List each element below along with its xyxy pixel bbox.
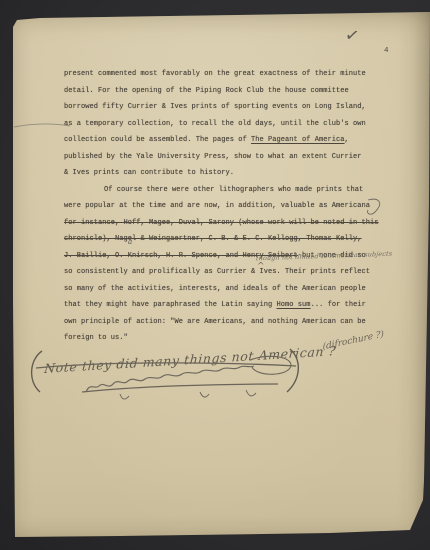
typed-line-struck: for instance, Hoff, Magee, Duval, Sarony…: [64, 215, 380, 232]
typed-text: so many of the activities, interests, an…: [64, 285, 366, 293]
inserted-letter: a: [128, 238, 132, 246]
typed-line: so many of the activities, interests, an…: [64, 281, 380, 298]
typed-line-struck: chronicle), Nagel & Weingaertner, C. B. …: [64, 231, 380, 248]
scanned-manuscript-page: 4 present commented most favorably on th…: [0, 0, 430, 550]
underlined-title: The Pageant of America: [251, 136, 345, 144]
typed-text: ... for their: [311, 301, 366, 309]
typed-line: collection could be assembled. The pages…: [64, 132, 380, 149]
typed-line: detail. For the opening of the Piping Ro…: [64, 83, 380, 100]
typed-text: as a temporary collection, to recall the…: [64, 120, 366, 128]
typed-line: & Ives prints can contribute to history.: [64, 165, 380, 182]
typed-text: & Ives prints can contribute to history.: [64, 169, 234, 177]
typed-text: borrowed fifty Currier & Ives prints of …: [64, 103, 366, 111]
typed-text: own principle of action: "We are America…: [64, 318, 366, 326]
typed-line: Of course there were other lithographers…: [64, 182, 380, 199]
typed-text: Of course there were other lithographers…: [104, 186, 363, 194]
insertion-caret: ^: [257, 262, 265, 272]
typed-line: that they might have paraphrased the Lat…: [64, 297, 380, 314]
typed-line: were popular at the time and are now, in…: [64, 198, 380, 215]
underlined-latin: Homo sum: [277, 301, 311, 309]
typed-body: present commented most favorably on the …: [64, 66, 380, 347]
typed-text: published by the Yale University Press, …: [64, 153, 362, 161]
typed-text: present commented most favorably on the …: [64, 70, 366, 78]
typed-text: ,: [345, 136, 349, 144]
struck-text: chronicle), Nagel & Weingaertner, C. B. …: [64, 235, 362, 243]
struck-text: for instance, Hoff, Magee, Duval, Sarony…: [64, 219, 379, 227]
typed-line: present commented most favorably on the …: [64, 66, 380, 83]
typed-text: that they might have paraphrased the Lat…: [64, 301, 277, 309]
typed-line: as a temporary collection, to recall the…: [64, 116, 380, 133]
typed-text: detail. For the opening of the Piping Ro…: [64, 87, 349, 95]
typed-line: published by the Yale University Press, …: [64, 149, 380, 166]
page-number: 4: [384, 47, 389, 55]
typed-line: own principle of action: "We are America…: [64, 314, 380, 331]
typed-line: so consistently and prolifically as Curr…: [64, 264, 380, 281]
typed-text: so consistently and prolifically as Curr…: [64, 268, 370, 276]
typed-text: were popular at the time and are now, in…: [64, 202, 370, 210]
typed-line: borrowed fifty Currier & Ives prints of …: [64, 99, 380, 116]
typed-text: foreign to us.": [64, 334, 128, 342]
typed-text: collection could be assembled. The pages…: [64, 136, 251, 144]
